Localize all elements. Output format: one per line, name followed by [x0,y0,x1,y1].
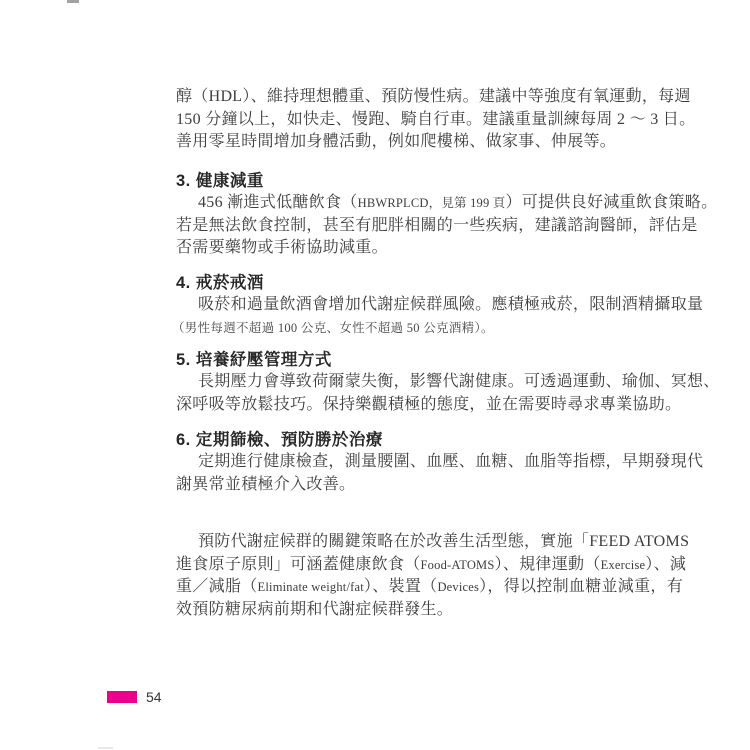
top-crop-mark [67,0,79,3]
body-text-line: 善用零星時間增加身體活動，例如爬樓梯、做家事、伸展等。 [176,131,632,154]
text-segment: ），得以控制血糖並減重，有 [479,578,683,595]
body-text-line: 謝異常並積極介入改善。 [176,474,632,497]
intro-paragraph: 醇（HDL）、維持理想體重、預防慢性病。建議中等強度有氧運動，每週 150 分鐘… [176,86,632,154]
page-number: 54 [146,689,162,705]
section-heading-5: 5. 培養紓壓管理方式 [176,349,332,371]
text-segment-small: Exercise [601,558,646,572]
text-segment: 進食原子原則」可涵蓋健康飲食（ [176,556,421,573]
body-text-line: 深呼吸等放鬆技巧。保持樂觀積極的態度，並在需要時尋求專業協助。 [176,394,632,417]
body-text-line: 若是無法飲食控制，甚至有肥胖相關的一些疾病，建議諮詢醫師，評估是 [176,215,632,238]
text-segment: 重／減脂（ [176,578,258,595]
body-text-line: 重／減脂（Eliminate weight/fat）、裝置（Devices），得… [176,576,632,599]
text-segment-small: Eliminate weight/fat [258,580,364,594]
book-page: 醇（HDL）、維持理想體重、預防慢性病。建議中等強度有氧運動，每週 150 分鐘… [0,0,750,750]
section-6-paragraph: 定期進行健康檢查，測量腰圍、血壓、血糖、血脂等指標，早期發現代 謝異常並積極介入… [176,451,632,496]
text-segment: ）、裝置（ [364,578,438,595]
section-heading-4: 4. 戒菸戒酒 [176,272,264,294]
body-text-line: 效預防糖尿病前期和代謝症候群發生。 [176,599,632,622]
text-segment: ）、規律運動（ [495,556,601,573]
text-segment: ）可提供良好減重飲食策略。 [505,194,717,211]
text-segment-small: HBWRPLCD，見第 199 頁 [358,196,506,210]
body-text-line: 150 分鐘以上，如快走、慢跑、騎自行車。建議重量訓練每周 2 ～ 3 日。 [176,109,632,132]
body-text-line: 預防代謝症候群的關鍵策略在於改善生活型態，實施「FEED ATOMS [176,531,632,554]
closing-paragraph: 預防代謝症候群的關鍵策略在於改善生活型態，實施「FEED ATOMS 進食原子原… [176,531,632,621]
section-heading-3: 3. 健康減重 [176,170,264,192]
page-number-accent-bar [107,691,137,703]
body-text-line: 否需要藥物或手術協助減重。 [176,237,632,260]
body-text-line: 吸菸和過量飲酒會增加代謝症候群風險。應積極戒菸，限制酒精攝取量 [176,294,632,317]
section-4-paragraph: 吸菸和過量飲酒會增加代謝症候群風險。應積極戒菸，限制酒精攝取量 （男性每週不超過… [176,294,632,339]
text-segment-small: Food-ATOMS [421,558,495,572]
body-text-line: 長期壓力會導致荷爾蒙失衡，影響代謝健康。可透過運動、瑜伽、冥想、 [176,371,632,394]
text-segment-small: Devices [437,580,479,594]
footnote-line: （男性每週不超過 100 公克、女性不超過 50 公克酒精）。 [172,317,632,339]
text-segment: 456 漸進式低醣飲食（ [198,194,358,211]
section-5-paragraph: 長期壓力會導致荷爾蒙失衡，影響代謝健康。可透過運動、瑜伽、冥想、 深呼吸等放鬆技… [176,371,632,416]
text-segment: ）、減 [645,556,686,573]
body-text-line: 定期進行健康檢查，測量腰圍、血壓、血糖、血脂等指標，早期發現代 [176,451,632,474]
body-text-line: 進食原子原則」可涵蓋健康飲食（Food-ATOMS）、規律運動（Exercise… [176,554,632,577]
bottom-crop-mark [98,747,113,749]
section-heading-6: 6. 定期篩檢、預防勝於治療 [176,429,383,451]
body-text-line: 醇（HDL）、維持理想體重、預防慢性病。建議中等強度有氧運動，每週 [176,86,632,109]
section-3-paragraph: 456 漸進式低醣飲食（HBWRPLCD，見第 199 頁）可提供良好減重飲食策… [176,192,632,260]
body-text-line: 456 漸進式低醣飲食（HBWRPLCD，見第 199 頁）可提供良好減重飲食策… [176,192,632,215]
